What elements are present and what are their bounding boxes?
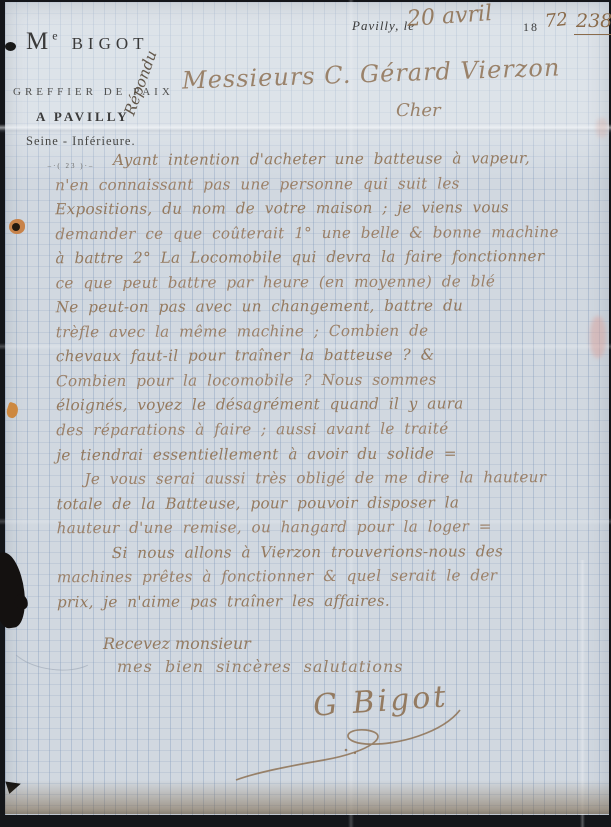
- body-line: je tiendrai essentiellement à avoir du s…: [56, 440, 608, 467]
- letterhead-surname: Bigot: [72, 34, 149, 53]
- letterhead-name-title: M: [26, 28, 52, 55]
- body-line: Expositions, du nom de votre maison ; je…: [55, 195, 607, 222]
- closing-salutation-line: mes bien sincères salutations: [117, 657, 403, 676]
- dateline-handwritten-year-suffix: 72: [544, 9, 569, 32]
- body-line: totale de la Batteuse, pour pouvoir disp…: [56, 489, 608, 516]
- soiled-bottom-edge: [5, 780, 609, 814]
- body-line: hauteur d'une remise, ou hangard pour la…: [57, 514, 609, 541]
- body-line: à battre 2° La Locomobile qui devra la f…: [55, 244, 607, 271]
- punch-hole: [5, 42, 16, 51]
- letterhead-name-title-sup: e: [52, 29, 57, 43]
- burn-hole: [9, 219, 25, 234]
- signature-flourish: [228, 700, 478, 790]
- body-line: n'en connaissant pas une personne qui su…: [55, 170, 607, 197]
- body-line: éloignés, voyez le désagrément quand il …: [56, 391, 608, 418]
- scan-background: MeBigot GREFFIER DE PAIX A PAVILLY Seine…: [0, 0, 611, 827]
- pink-smudge: [590, 316, 606, 358]
- body-line: trèfle avec la même machine ; Combien de: [56, 318, 608, 345]
- recipient-department: Cher: [396, 100, 441, 121]
- letterhead-town: A PAVILLY: [36, 109, 130, 125]
- body-line: Ne peut-on pas avec un changement, battr…: [56, 293, 608, 320]
- body-line: Combien pour la locomobile ? Nous sommes: [56, 367, 608, 394]
- body-line: machines prêtes à fonctionner & quel ser…: [57, 563, 609, 590]
- letter-body: Ayant intention d'acheter une batteuse à…: [55, 146, 609, 615]
- pink-smudge-small: [596, 118, 608, 138]
- body-line: Je vous serai aussi très obligé de me di…: [56, 465, 608, 492]
- letterhead-department: Seine - Inférieure.: [26, 134, 136, 149]
- body-line: Ayant intention d'acheter une batteuse à…: [55, 146, 607, 173]
- letterhead-name: MeBigot: [26, 28, 149, 56]
- body-line: ce que peut battre par heure (en moyenne…: [56, 269, 608, 296]
- letterhead-profession: GREFFIER DE PAIX: [13, 86, 174, 98]
- body-line: prix, je n'aime pas traîner les affaires…: [57, 588, 609, 615]
- dateline-printed-year-prefix: 18: [523, 20, 539, 35]
- dateline-printed-place: Pavilly, le: [352, 18, 415, 34]
- body-line: demander ce que coûterait 1° une belle &…: [55, 219, 607, 246]
- closing-salutation-line: Recevez monsieur: [103, 634, 251, 653]
- folio-number: 238: [574, 10, 611, 35]
- body-line: Si nous allons à Vierzon trouverions-nou…: [57, 539, 609, 566]
- body-line: chevaux faut-il pour traîner la batteuse…: [56, 342, 608, 369]
- body-line: des réparations à faire ; aussi avant le…: [56, 416, 608, 443]
